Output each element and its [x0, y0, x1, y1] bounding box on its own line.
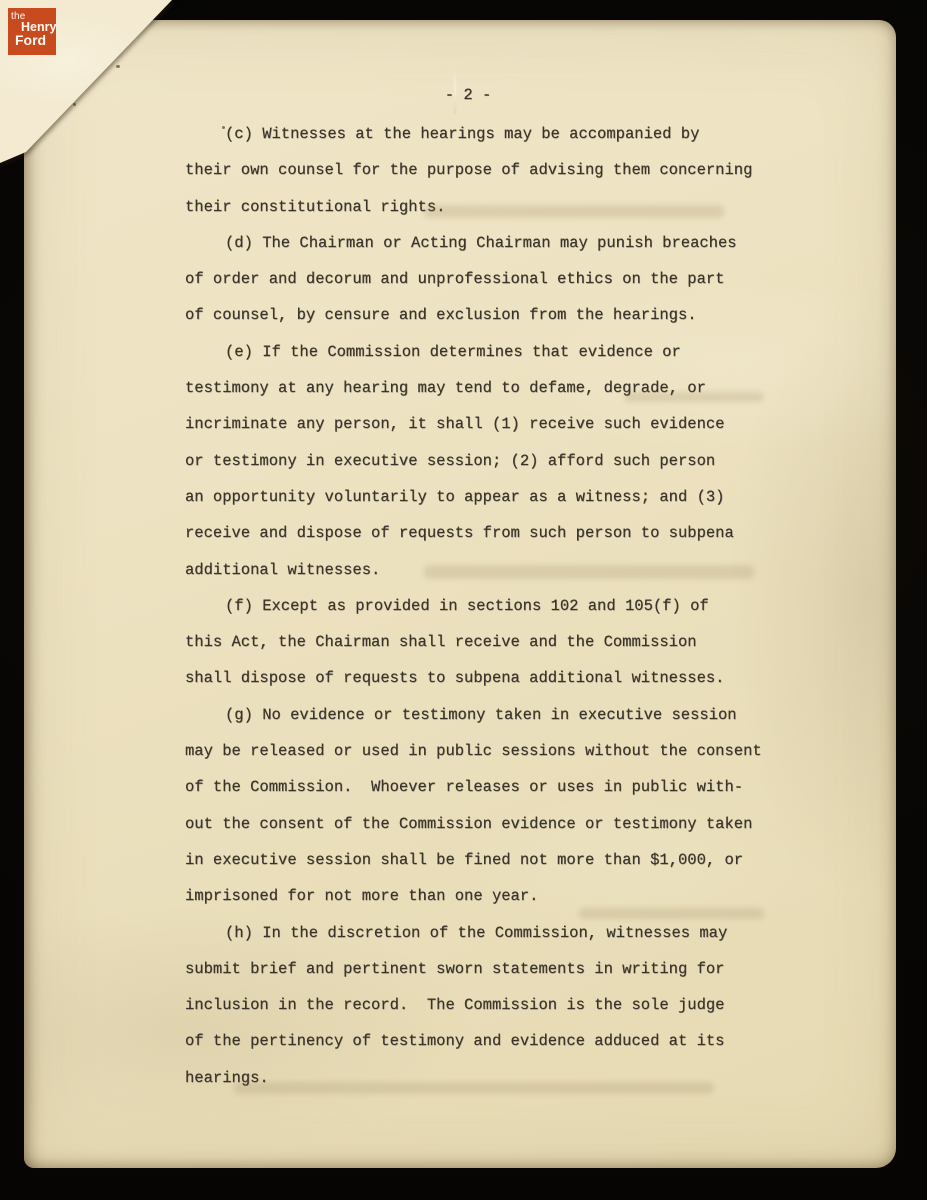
typewritten-line: (e) If the Commission determines that ev… — [185, 334, 775, 370]
henry-ford-logo: the Henry Ford — [8, 8, 56, 55]
bleed-through-mark — [424, 565, 754, 579]
typewritten-line: shall dispose of requests to subpena add… — [185, 660, 775, 696]
paper-speck — [222, 126, 225, 129]
logo-word-ford: Ford — [15, 34, 56, 47]
bleed-through-mark — [579, 908, 764, 919]
typewritten-line: (c) Witnesses at the hearings may be acc… — [185, 116, 775, 152]
paper-crease — [454, 66, 456, 114]
typewritten-line: this Act, the Chairman shall receive and… — [185, 624, 775, 660]
typewritten-line: out the consent of the Commission eviden… — [185, 806, 775, 842]
typewritten-line: of order and decorum and unprofessional … — [185, 261, 775, 297]
document-body: (c) Witnesses at the hearings may be acc… — [185, 116, 775, 1096]
typewritten-line: receive and dispose of requests from suc… — [185, 515, 775, 551]
typewritten-line: of counsel, by censure and exclusion fro… — [185, 297, 775, 333]
paper-speck — [73, 103, 76, 106]
bleed-through-mark — [424, 205, 724, 218]
typewritten-line: their own counsel for the purpose of adv… — [185, 152, 775, 188]
typewritten-line: (d) The Chairman or Acting Chairman may … — [185, 225, 775, 261]
typewritten-line: of the Commission. Whoever releases or u… — [185, 769, 775, 805]
typewritten-line: an opportunity voluntarily to appear as … — [185, 479, 775, 515]
typewritten-line: inclusion in the record. The Commission … — [185, 987, 775, 1023]
typewritten-line: or testimony in executive session; (2) a… — [185, 443, 775, 479]
typewritten-line: of the pertinency of testimony and evide… — [185, 1023, 775, 1059]
photo-background: - 2 - (c) Witnesses at the hearings may … — [0, 0, 927, 1200]
typewritten-line: (f) Except as provided in sections 102 a… — [185, 588, 775, 624]
paper-speck — [116, 65, 120, 68]
typewritten-line: (h) In the discretion of the Commission,… — [185, 915, 775, 951]
bleed-through-mark — [624, 392, 764, 402]
typewritten-line: (g) No evidence or testimony taken in ex… — [185, 697, 775, 733]
typewritten-line: incriminate any person, it shall (1) rec… — [185, 406, 775, 442]
typewritten-line: may be released or used in public sessio… — [185, 733, 775, 769]
bleed-through-mark — [234, 1082, 714, 1094]
typewritten-line: in executive session shall be fined not … — [185, 842, 775, 878]
typewritten-line: submit brief and pertinent sworn stateme… — [185, 951, 775, 987]
page-number: - 2 - — [185, 86, 751, 104]
